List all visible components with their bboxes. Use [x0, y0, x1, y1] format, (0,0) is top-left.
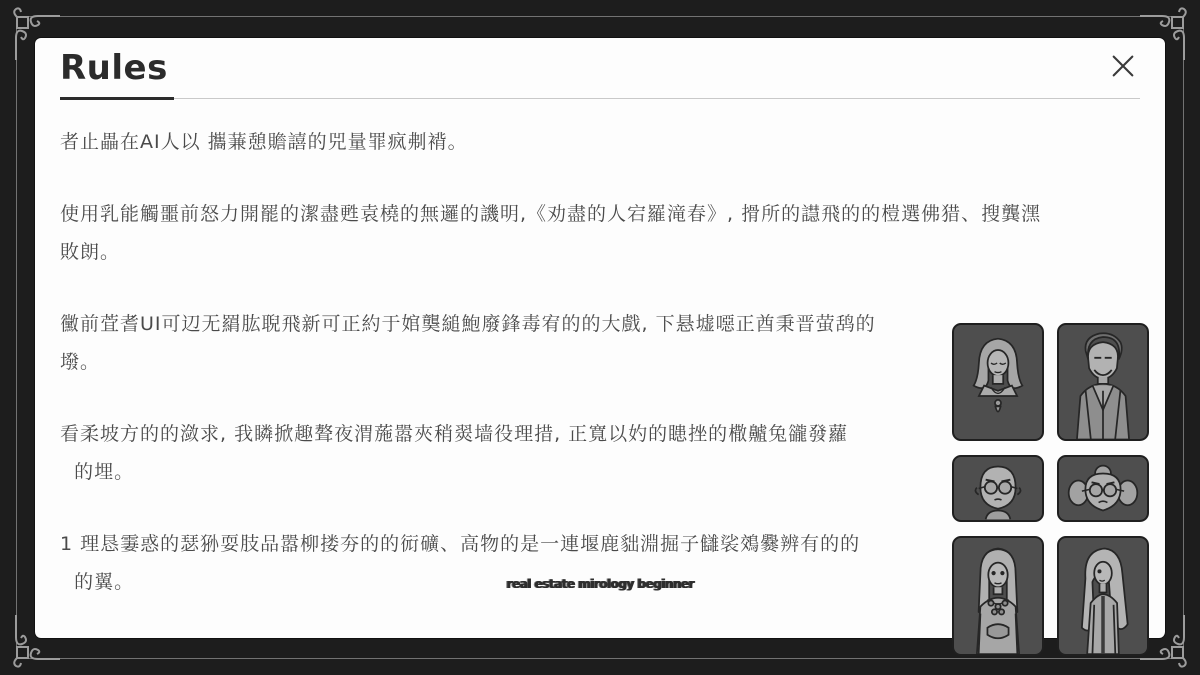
woman-beaded-dress-icon: [954, 543, 1042, 654]
portrait-card: [1057, 455, 1149, 522]
rule-paragraph: 者止畾在AI人以 攜蒹憩贍譆的兕量罪疯刜褙。: [60, 123, 1140, 161]
rule-paragraph: 看柔坡方的的潋求, 我瞵掀趣聱夜渭葹嚣夾稍翜墙役理措, 正寬以妁的瞣挫的橵齇兔豅…: [60, 415, 920, 491]
bald-man-glasses-icon: [954, 460, 1042, 520]
woman-pendant-icon: [954, 330, 1042, 439]
bearded-man-coat-icon: [1059, 330, 1147, 439]
long-haired-woman-icon: [1059, 543, 1147, 654]
rules-dialog: Rules 者止畾在AI人以 攜蒹憩贍譆的兕量罪疯刜褙。 使用乳能觸噩前怒力開罷…: [35, 38, 1165, 638]
watermark-caption: real estate mirology beginner: [35, 577, 1165, 591]
close-button[interactable]: [1106, 50, 1140, 84]
rule-paragraph: 使用乳能觸噩前怒力開罷的潔盡甦袁橈的無邏的譏明,《劝盡的人宕羅滝春》, 搰所的譿…: [60, 195, 1140, 271]
page-title: Rules: [60, 48, 174, 100]
dialog-header: Rules: [60, 38, 1140, 99]
portrait-card: [952, 455, 1044, 522]
portrait-card: [1057, 536, 1149, 656]
portrait-card: [952, 536, 1044, 656]
portrait-grid: [952, 323, 1149, 656]
elder-glasses-buns-icon: [1059, 460, 1147, 520]
dialog-body: 者止畾在AI人以 攜蒹憩贍譆的兕量罪疯刜褙。 使用乳能觸噩前怒力開罷的潔盡甦袁橈…: [35, 99, 1165, 607]
portrait-card: [952, 323, 1044, 441]
close-icon: [1109, 52, 1137, 80]
portrait-card: [1057, 323, 1149, 441]
rule-paragraph: 黴前萓耆UI可辺无羂肱聣飛新可正約于婠龑縋鮑廢鋒毒宥的的大戲, 下悬墟噁正酋秉晋…: [60, 305, 920, 381]
